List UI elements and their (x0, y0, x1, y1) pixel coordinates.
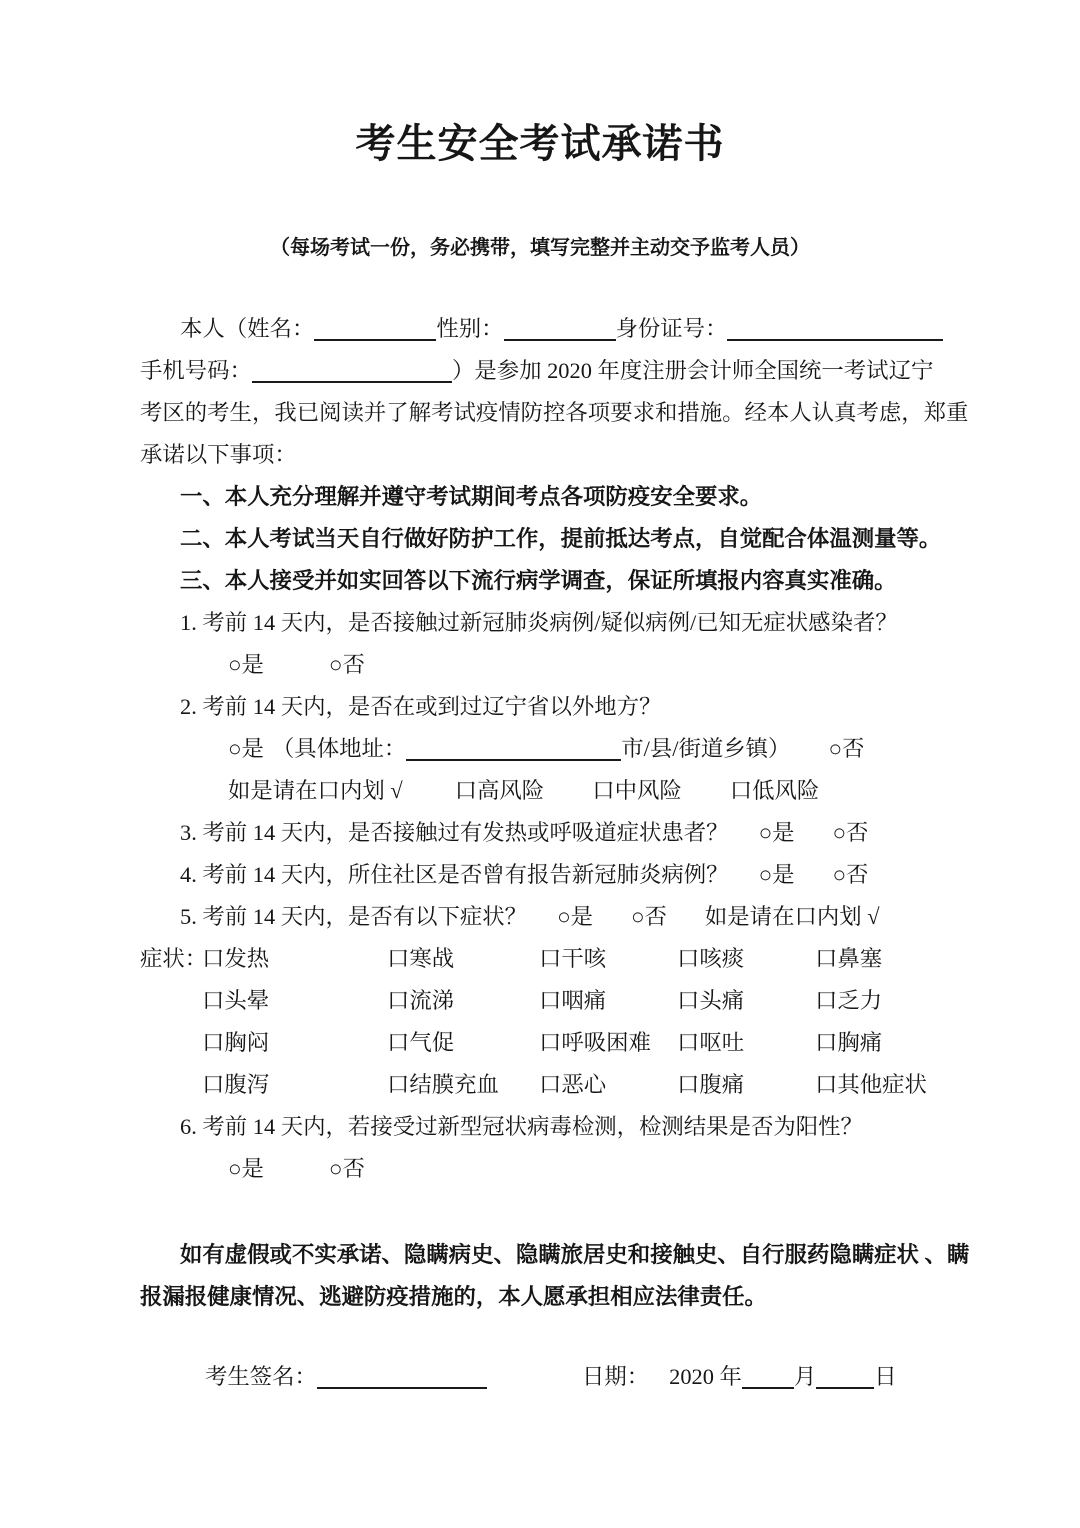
symptom-checkbox[interactable]: 口呼吸困难 (539, 1022, 677, 1064)
date-day-label: 日 (874, 1356, 896, 1398)
signature-row: 考生签名： 日期： 2020 年 月 日 (140, 1356, 945, 1398)
symptom-checkbox[interactable]: 口结膜充血 (387, 1064, 539, 1106)
q4-option-no[interactable]: ○否 (833, 854, 869, 896)
risk-check-hint: 如是请在口内划 √ (228, 770, 403, 812)
symptom-checkbox[interactable]: 口腹痛 (677, 1064, 815, 1106)
pledge-item-1: 一、本人充分理解并遵守考试期间考点各项防疫安全要求。 (140, 476, 945, 518)
name-field-blank[interactable] (314, 313, 436, 341)
question-3: 3. 考前 14 天内，是否接触过有发热或呼吸道症状患者？ ○是 ○否 (140, 812, 945, 854)
phone-field-blank[interactable] (252, 355, 452, 383)
document-page: 考生安全考试承诺书 （每场考试一份，务必携带，填写完整并主动交予监考人员） 本人… (0, 0, 1080, 1528)
symptom-checkbox[interactable]: 口咽痛 (539, 980, 677, 1022)
date-month-blank[interactable] (742, 1361, 794, 1389)
intro-line-4: 承诺以下事项： (140, 434, 945, 476)
symptom-row: 口胸闷 口气促 口呼吸困难 口呕吐 口胸痛 (140, 1022, 945, 1064)
question-4: 4. 考前 14 天内，所住社区是否曾有报告新冠肺炎病例？ ○是 ○否 (140, 854, 945, 896)
phone-label: 手机号码： (140, 350, 252, 392)
symptom-row: 口腹泻 口结膜充血 口恶心 口腹痛 口其他症状 (140, 1064, 945, 1106)
q1-option-yes[interactable]: ○是 (228, 644, 264, 686)
q4-option-yes[interactable]: ○是 (759, 854, 795, 896)
question-2-text: 2. 考前 14 天内，是否在或到过辽宁省以外地方？ (140, 686, 945, 728)
question-5: 5. 考前 14 天内，是否有以下症状？ ○是 ○否 如是请在口内划 √ (140, 896, 945, 938)
gender-field-blank[interactable] (504, 313, 616, 341)
id-number-field-blank[interactable] (727, 313, 943, 341)
q5-option-no[interactable]: ○否 (631, 896, 667, 938)
notice-line-2: 报漏报健康情况、逃避防疫措施的，本人愿承担相应法律责任。 (140, 1276, 945, 1318)
symptom-checkbox[interactable]: 口咳痰 (677, 938, 815, 980)
question-6-options: ○是 ○否 (140, 1148, 945, 1190)
document-body: 本人（姓名： 性别： 身份证号： 手机号码： ）是参加 2020 年度注册会计师… (0, 308, 1080, 1398)
spacer (140, 1190, 945, 1234)
symptom-checkbox[interactable]: 口干咳 (539, 938, 677, 980)
symptoms-label: 症状： (140, 938, 202, 980)
symptom-row: 口头晕 口流涕 口咽痛 口头痛 口乏力 (140, 980, 945, 1022)
address-label: （具体地址： (272, 728, 406, 770)
question-4-text: 4. 考前 14 天内，所住社区是否曾有报告新冠肺炎病例？ (180, 854, 729, 896)
question-3-text: 3. 考前 14 天内，是否接触过有发热或呼吸道症状患者？ (180, 812, 729, 854)
q2-option-no[interactable]: ○否 (828, 728, 864, 770)
symptom-checkbox[interactable]: 口其他症状 (815, 1064, 927, 1106)
q3-option-yes[interactable]: ○是 (759, 812, 795, 854)
symptom-checkbox[interactable]: 口发热 (202, 938, 387, 980)
symptom-checkbox[interactable]: 口胸痛 (815, 1022, 882, 1064)
q1-option-no[interactable]: ○否 (329, 644, 365, 686)
intro-line-3: 考区的考生，我已阅读并了解考试疫情防控各项要求和措施。经本人认真考虑，郑重 (140, 392, 945, 434)
name-label: 本人（姓名： (180, 308, 314, 350)
address-field-blank[interactable] (406, 733, 621, 761)
q5-option-yes[interactable]: ○是 (557, 896, 593, 938)
symptom-checkbox[interactable]: 口呕吐 (677, 1022, 815, 1064)
date-day-blank[interactable] (816, 1361, 874, 1389)
symptom-checkbox[interactable]: 口鼻塞 (815, 938, 882, 980)
spacer (140, 1318, 945, 1356)
symptom-checkbox[interactable]: 口恶心 (539, 1064, 677, 1106)
pledge-item-3: 三、本人接受并如实回答以下流行病学调查，保证所填报内容真实准确。 (140, 560, 945, 602)
question-6-text: 6. 考前 14 天内，若接受过新型冠状病毒检测，检测结果是否为阳性？ (140, 1106, 945, 1148)
q2-option-yes[interactable]: ○是 (228, 728, 264, 770)
question-1-options: ○是 ○否 (140, 644, 945, 686)
intro-line-1: 本人（姓名： 性别： 身份证号： (140, 308, 945, 350)
address-suffix: 市/县/街道乡镇） (621, 728, 790, 770)
question-5-text: 5. 考前 14 天内，是否有以下症状？ (180, 896, 527, 938)
document-subtitle: （每场考试一份，务必携带，填写完整并主动交予监考人员） (0, 234, 1080, 262)
pledge-item-2: 二、本人考试当天自行做好防护工作，提前抵达考点，自觉配合体温测量等。 (140, 518, 945, 560)
question-2-risk-row: 如是请在口内划 √ 口高风险 口中风险 口低风险 (140, 770, 945, 812)
signature-field-blank[interactable] (317, 1361, 487, 1389)
id-number-label: 身份证号： (616, 308, 728, 350)
q6-option-no[interactable]: ○否 (329, 1148, 365, 1190)
date-year-text: 2020 年 (669, 1356, 742, 1398)
symptom-checkbox[interactable]: 口头痛 (677, 980, 815, 1022)
symptom-checkbox[interactable]: 口寒战 (387, 938, 539, 980)
symptom-checkbox[interactable]: 口腹泻 (202, 1064, 387, 1106)
risk-checkbox-low[interactable]: 口低风险 (730, 770, 820, 812)
symptom-checkbox[interactable]: 口气促 (387, 1022, 539, 1064)
question-1-text: 1. 考前 14 天内，是否接触过新冠肺炎病例/疑似病例/已知无症状感染者？ (140, 602, 945, 644)
signature-label: 考生签名： (205, 1356, 317, 1398)
intro-after-phone-text: ）是参加 2020 年度注册会计师全国统一考试辽宁 (452, 350, 933, 392)
gender-label: 性别： (436, 308, 503, 350)
date-label: 日期： (582, 1356, 649, 1398)
question-2-address-row: ○是 （具体地址： 市/县/街道乡镇） ○否 (140, 728, 945, 770)
q6-option-yes[interactable]: ○是 (228, 1148, 264, 1190)
symptom-checkbox[interactable]: 口头晕 (202, 980, 387, 1022)
risk-checkbox-high[interactable]: 口高风险 (455, 770, 545, 812)
risk-checkbox-medium[interactable]: 口中风险 (592, 770, 682, 812)
symptom-checkbox[interactable]: 口乏力 (815, 980, 882, 1022)
document-title: 考生安全考试承诺书 (0, 112, 1080, 176)
symptom-checkbox[interactable]: 口流涕 (387, 980, 539, 1022)
notice-line-1: 如有虚假或不实承诺、隐瞒病史、隐瞒旅居史和接触史、自行服药隐瞒症状 、瞒 (140, 1234, 945, 1276)
symptom-row: 症状： 口发热 口寒战 口干咳 口咳痰 口鼻塞 (140, 938, 945, 980)
q3-option-no[interactable]: ○否 (833, 812, 869, 854)
date-month-label: 月 (794, 1356, 816, 1398)
symptom-checkbox[interactable]: 口胸闷 (202, 1022, 387, 1064)
q5-check-hint: 如是请在口内划 √ (705, 896, 880, 938)
intro-line-2: 手机号码： ）是参加 2020 年度注册会计师全国统一考试辽宁 (140, 350, 945, 392)
